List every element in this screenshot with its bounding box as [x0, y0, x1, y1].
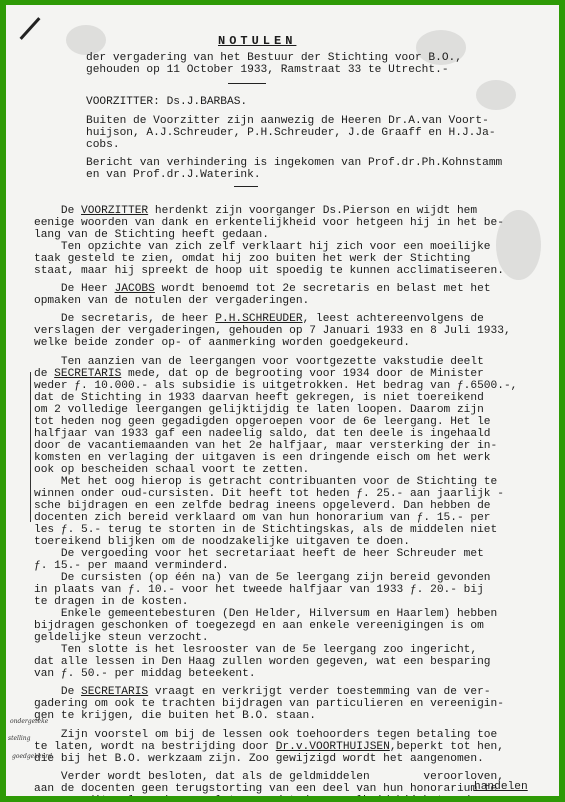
body-line: toereikend blijken om de noodzakelijke u…: [34, 536, 410, 548]
stain: [66, 25, 106, 55]
stain: [476, 80, 516, 110]
body-line: De vergoeding voor het secretariaat heef…: [34, 548, 484, 560]
body-line: taak gesteld te zien, omdat hij zoo buit…: [34, 253, 470, 265]
present-line: huijson, A.J.Schreuder, P.H.Schreuder, J…: [86, 127, 496, 139]
body-line: winnen onder oud-cursisten. Dit heeft to…: [34, 488, 504, 500]
body-line: lang van de Stichting heeft gedaan.: [34, 229, 269, 241]
body-line: die bij het B.O. werkzaam zijn. Zoo gewi…: [34, 753, 484, 765]
margin-bracket: [30, 372, 31, 522]
body-line: bijdragen geschonken of toegezegd en aan…: [34, 620, 484, 632]
body-line: gen te krijgen, die buiten het B.O. staa…: [34, 710, 316, 722]
body-line: De SECRETARIS vraagt en verkrijgt verder…: [34, 686, 491, 698]
body-line: gadering om ook te trachten bijdragen va…: [34, 698, 504, 710]
body-line: dat alle lessen in Den Haag zullen worde…: [34, 656, 491, 668]
absent-line: en van Prof.dr.J.Waterink.: [86, 169, 261, 181]
divider: [234, 186, 258, 187]
underlined-name: P.H.SCHREUDER: [215, 313, 302, 325]
chair-line: VOORZITTER: Ds.J.BARBAS.: [86, 96, 247, 108]
body-line: les ƒ. 5.- terug te storten in de Sticht…: [34, 524, 497, 536]
margin-note: stelling: [8, 733, 31, 745]
margin-note: ondergeteke: [10, 716, 48, 728]
body-line: komsten en verlaging der uitgaven is een…: [34, 452, 491, 464]
body-line: weder ƒ. 10.000.- als subsidie is uitget…: [34, 380, 517, 392]
body-line: Enkele gemeentebesturen (Den Helder, Hil…: [34, 608, 497, 620]
body-line: te laten, wordt na bestrijding door Dr.v…: [34, 741, 504, 753]
body-line: in plaats van ƒ. 10.- voor het tweede ha…: [34, 584, 484, 596]
body-line: Met het oog hierop is getracht contribua…: [34, 476, 497, 488]
margin-note: goedgekeurd: [12, 751, 52, 763]
body-line: De Heer JACOBS wordt benoemd tot 2e secr…: [34, 283, 491, 295]
catchword: handelen: [474, 781, 528, 793]
divider: [228, 83, 266, 84]
body-line: te dragen in de kosten.: [34, 596, 188, 608]
body-line: van ƒ. 50.- per middag beteekent.: [34, 668, 256, 680]
body-line: De cursisten (op één na) van de 5e leerg…: [34, 572, 491, 584]
body-line: dat de Stichting in 1933 daarvan heeft g…: [34, 392, 484, 404]
body-line: halfjaar van 1933 gaf een nadeelig saldo…: [34, 428, 491, 440]
underlined-name: SECRETARIS: [81, 686, 148, 698]
body-line: docenten zich bereid verklaard om van hu…: [34, 512, 491, 524]
body-line: door de vacantiemaanden van het 2e halfj…: [34, 440, 497, 452]
body-line: sche bijdragen en een zelfde bedrag inee…: [34, 500, 491, 512]
body-line: staat, maar hij spreekt de hoop uit spoe…: [34, 265, 504, 277]
underlined-name: Dr.v.VOORTHUIJSEN: [276, 741, 390, 753]
pen-mark: [20, 17, 41, 40]
body-line: Ten slotte is het lesrooster van de 5e l…: [34, 644, 477, 656]
body-line: geldelijke steun verzocht.: [34, 632, 209, 644]
body-line: tot heden nog geen gegadigden opgeroepen…: [34, 416, 491, 428]
body-line: om 2 volledige leergangen gelijktijdig t…: [34, 404, 484, 416]
body-line: Verder wordt besloten, dat als de geldmi…: [34, 771, 504, 783]
underlined-name: VOORZITTER: [81, 205, 148, 217]
body-line: welke beide zonder op- of aanmerking wor…: [34, 337, 410, 349]
body-line: Ten opzichte van zich zelf verklaart hij…: [34, 241, 491, 253]
body-line: verslagen der vergaderingen, gehouden op…: [34, 325, 511, 337]
body-line: De VOORZITTER herdenkt zijn voorganger D…: [34, 205, 477, 217]
body-line: ƒ. 15.- per maand verminderd.: [34, 560, 229, 572]
document-page: NOTULEN der vergadering van het Bestuur …: [6, 5, 559, 796]
body-line: De secretaris, de heer P.H.SCHREUDER, le…: [34, 313, 484, 325]
body-line: opmaken van de notulen der vergaderingen…: [34, 295, 309, 307]
document-title: NOTULEN: [218, 35, 296, 47]
underlined-name: SECRETARIS: [54, 368, 121, 380]
underlined-name: JACOBS: [115, 283, 155, 295]
subtitle-line: der vergadering van het Bestuur der Stic…: [86, 52, 462, 64]
body-line: de SECRETARIS mede, dat op de begrooting…: [34, 368, 484, 380]
body-line: vragen, dit zal worden nagelaten, omdat …: [34, 795, 497, 796]
body-line: Ten aanzien van de leergangen voor voort…: [34, 356, 484, 368]
subtitle-line: gehouden op 11 October 1933, Ramstraat 3…: [86, 64, 449, 76]
absent-line: Bericht van verhindering is ingekomen va…: [86, 157, 502, 169]
body-line: Zijn voorstel om bij de lessen ook toeho…: [34, 729, 497, 741]
present-line: Buiten de Voorzitter zijn aanwezig de He…: [86, 115, 489, 127]
body-line: aan de docenten geen terugstorting van e…: [34, 783, 497, 795]
present-line: cobs.: [86, 139, 120, 151]
body-line: eenige woorden van dank en erkentelijkhe…: [34, 217, 504, 229]
body-line: ook op bescheiden schaal voort te zetten…: [34, 464, 309, 476]
